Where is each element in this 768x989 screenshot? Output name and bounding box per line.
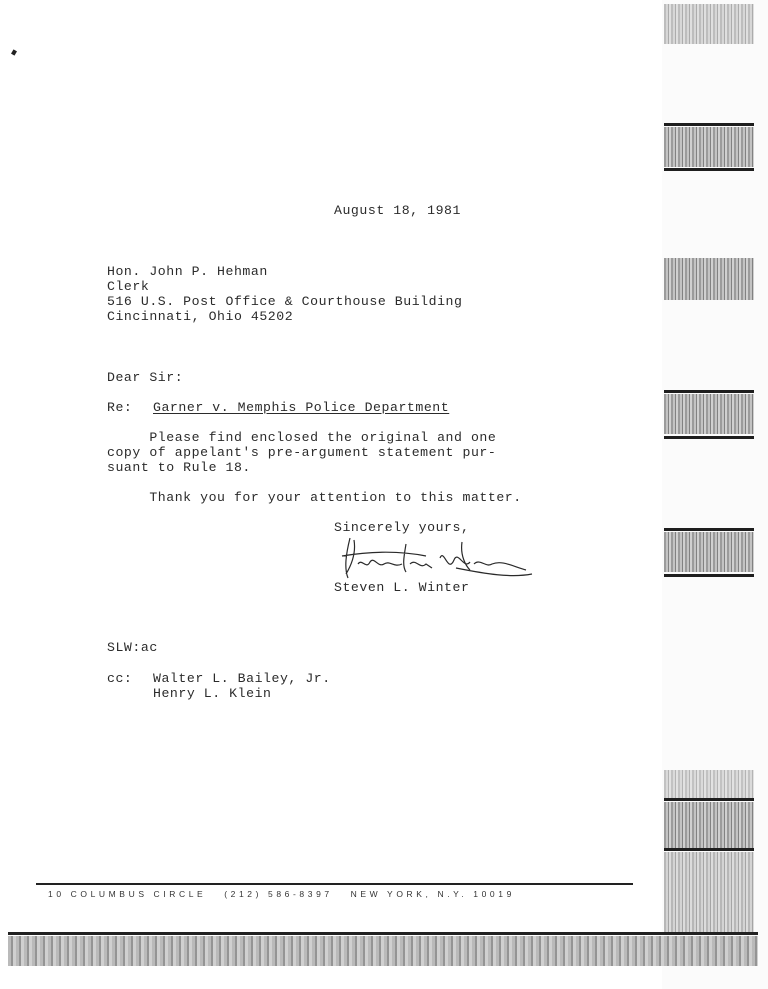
scan-bar: [664, 390, 754, 393]
body-line: Please find enclosed the original and on…: [107, 430, 496, 445]
body-line: suant to Rule 18.: [107, 460, 251, 475]
scan-smear: [664, 802, 754, 848]
body-line: copy of appelant's pre-argument statemen…: [107, 445, 496, 460]
recipient-title: Clerk: [107, 279, 149, 294]
cc-label: cc:: [107, 671, 132, 686]
scan-bar: [664, 574, 754, 577]
scan-smear: [664, 532, 754, 572]
thanks-line: Thank you for your attention to this mat…: [107, 490, 522, 505]
footer-address: 10 COLUMBUS CIRCLE (212) 586-8397 NEW YO…: [48, 889, 515, 899]
scan-smear: [664, 852, 754, 932]
scan-bottom-rule: [8, 932, 758, 935]
scan-speck: [11, 49, 17, 55]
recipient-address-line1: 516 U.S. Post Office & Courthouse Buildi…: [107, 294, 462, 309]
salutation: Dear Sir:: [107, 370, 183, 385]
cc-recipient: Walter L. Bailey, Jr.: [153, 671, 331, 686]
cc-recipient: Henry L. Klein: [153, 686, 272, 701]
re-subject: Garner v. Memphis Police Department: [153, 400, 449, 415]
scan-bar: [664, 798, 754, 801]
closing: Sincerely yours,: [334, 520, 469, 535]
letter-page: August 18, 1981 Hon. John P. Hehman Cler…: [0, 0, 662, 930]
recipient-address-line2: Cincinnati, Ohio 45202: [107, 309, 293, 324]
re-label: Re:: [107, 400, 132, 415]
typist-initials: SLW:ac: [107, 640, 158, 655]
scan-smear: [664, 394, 754, 434]
scan-bar: [664, 123, 754, 126]
scan-bar: [664, 528, 754, 531]
signature-icon: [336, 534, 536, 582]
recipient-name: Hon. John P. Hehman: [107, 264, 268, 279]
scan-smear: [664, 127, 754, 167]
scan-bar: [664, 168, 754, 171]
scan-smear: [664, 4, 754, 44]
signer-name: Steven L. Winter: [334, 580, 469, 595]
scan-bar: [664, 848, 754, 851]
footer-rule: [36, 883, 633, 885]
scan-bottom-smear: [8, 936, 758, 966]
letter-date: August 18, 1981: [334, 203, 461, 218]
scan-smear: [664, 258, 754, 300]
scan-smear: [664, 770, 754, 798]
scan-bar: [664, 436, 754, 439]
